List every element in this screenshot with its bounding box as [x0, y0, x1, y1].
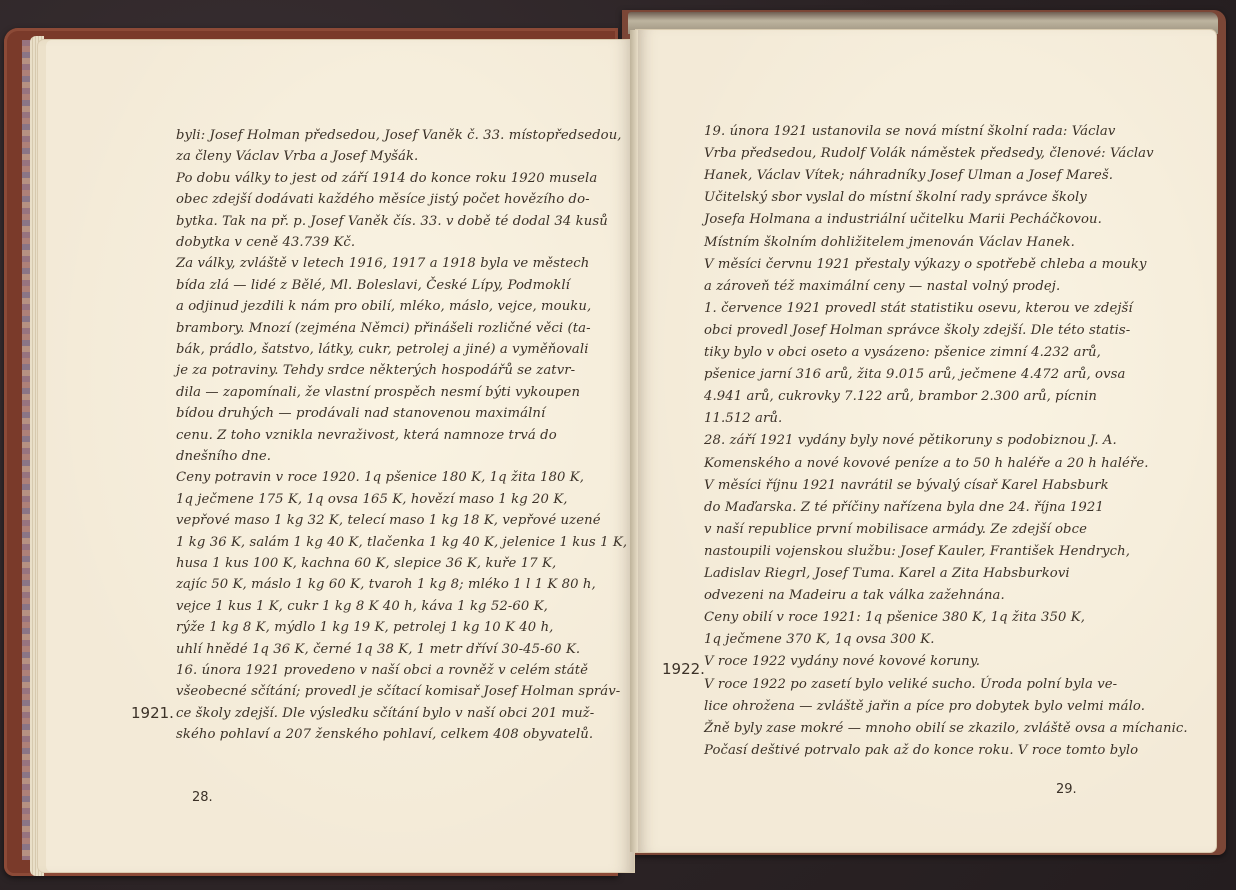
handwritten-line: ce školy zdejší. Dle výsledku sčítání by…	[176, 706, 594, 721]
left-page	[38, 40, 634, 872]
handwritten-line: je za potraviny. Tehdy srdce některých h…	[176, 363, 575, 378]
handwritten-line: odvezeni na Madeiru a tak válka zažehnán…	[704, 588, 1005, 603]
handwritten-line: do Maďarska. Z té příčiny nařízena byla …	[704, 500, 1104, 515]
handwritten-line: 1q ječmene 370 K, 1q ovsa 300 K.	[704, 632, 935, 647]
handwritten-line: 19. února 1921 ustanovila se nová místní…	[704, 124, 1115, 139]
handwritten-line: 1 kg 36 K, salám 1 kg 40 K, tlačenka 1 k…	[176, 535, 627, 550]
handwritten-line: bídou druhých — prodávali nad stanovenou…	[176, 406, 545, 421]
handwritten-line: Ceny obilí v roce 1921: 1q pšenice 380 K…	[704, 610, 1085, 625]
handwritten-line: V roce 1922 po zasetí bylo veliké sucho.…	[704, 677, 1117, 692]
handwritten-line: 11.512 arů.	[704, 411, 782, 426]
handwritten-line: Po dobu války to jest od září 1914 do ko…	[176, 171, 597, 186]
handwritten-line: pšenice jarní 316 arů, žita 9.015 arů, j…	[704, 367, 1125, 382]
handwritten-line: nastoupili vojenskou službu: Josef Kaule…	[704, 544, 1130, 559]
handwritten-line: Učitelský sbor vyslal do místní školní r…	[704, 190, 1087, 205]
handwritten-line: dobytka v ceně 43.739 Kč.	[176, 235, 355, 250]
handwritten-line: dila — zapomínali, že vlastní prospěch n…	[176, 385, 580, 400]
handwritten-line: V roce 1922 vydány nové kovové koruny.	[704, 654, 980, 669]
handwritten-line: Vrba předsedou, Rudolf Volák náměstek př…	[704, 146, 1154, 161]
handwritten-line: 1q ječmene 175 K, 1q ovsa 165 K, hovězí …	[176, 492, 568, 507]
handwritten-line: Josefa Holmana a industriální učitelku M…	[704, 212, 1102, 227]
handwritten-line: vepřové maso 1 kg 32 K, telecí maso 1 kg…	[176, 513, 601, 528]
handwritten-line: brambory. Mnozí (zejména Němci) přinášel…	[176, 321, 591, 336]
handwritten-line: cenu. Z toho vznikla nevraživost, která …	[176, 428, 557, 443]
handwritten-line: rýže 1 kg 8 K, mýdlo 1 kg 19 K, petrolej…	[176, 620, 553, 635]
handwritten-line: obci provedl Josef Holman správce školy …	[704, 323, 1130, 338]
handwritten-line: 4.941 arů, cukrovky 7.122 arů, brambor 2…	[704, 389, 1097, 404]
handwritten-line: Ladislav Riegrl, Josef Tuma. Karel a Zit…	[704, 566, 1070, 581]
handwritten-line: Hanek, Václav Vítek; náhradníky Josef Ul…	[704, 168, 1113, 183]
handwritten-line: lice ohrožena — zvláště jařin a píce pro…	[704, 699, 1145, 714]
handwritten-line: 16. února 1921 provedeno v naší obci a r…	[176, 663, 588, 678]
handwritten-line: Místním školním dohližitelem jmenován Vá…	[704, 235, 1075, 250]
page-number-right: 29.	[1056, 782, 1077, 797]
handwritten-line: Žně byly zase mokré — mnoho obilí se zka…	[704, 721, 1188, 736]
margin-year-1921: 1921.	[131, 704, 174, 722]
handwritten-line: tiky bylo v obci oseto a vysázeno: pšeni…	[704, 345, 1101, 360]
handwritten-line: bída zlá — lidé z Bělé, Ml. Boleslavi, Č…	[176, 278, 570, 293]
handwritten-line: v naší republice první mobilisace armády…	[704, 522, 1087, 537]
handwritten-line: všeobecné sčítání; provedl je sčítací ko…	[176, 684, 620, 699]
handwritten-line: 1. července 1921 provedl stát statistiku…	[704, 301, 1133, 316]
handwritten-line: ského pohlaví a 207 ženského pohlaví, ce…	[176, 727, 593, 742]
handwritten-line: a odjinud jezdili k nám pro obilí, mléko…	[176, 299, 591, 314]
handwritten-line: bytka. Tak na př. p. Josef Vaněk čís. 33…	[176, 214, 608, 229]
handwritten-line: zajíc 50 K, máslo 1 kg 60 K, tvaroh 1 kg…	[176, 577, 596, 592]
handwritten-line: Komenského a nové kovové peníze a to 50 …	[704, 456, 1149, 471]
handwritten-line: 28. září 1921 vydány byly nové pětikorun…	[704, 433, 1117, 448]
handwritten-line: V měsíci říjnu 1921 navrátil se bývalý c…	[704, 478, 1109, 493]
handwritten-line: obec zdejší dodávati každého měsíce jist…	[176, 192, 590, 207]
handwritten-line: byli: Josef Holman předsedou, Josef Vaně…	[176, 128, 622, 143]
page-number-left: 28.	[192, 790, 213, 805]
handwritten-line: uhlí hnědé 1q 36 K, černé 1q 38 K, 1 met…	[176, 642, 580, 657]
handwritten-line: a zároveň též maximální ceny — nastal vo…	[704, 279, 1060, 294]
handwritten-line: vejce 1 kus 1 K, cukr 1 kg 8 K 40 h, káv…	[176, 599, 548, 614]
handwritten-line: Počasí deštivé potrvalo pak až do konce …	[704, 743, 1138, 758]
handwritten-line: V měsíci červnu 1921 přestaly výkazy o s…	[704, 257, 1147, 272]
handwritten-line: Za války, zvláště v letech 1916, 1917 a …	[176, 256, 589, 271]
handwritten-line: husa 1 kus 100 K, kachna 60 K, slepice 3…	[176, 556, 556, 571]
margin-year-1922: 1922.	[662, 660, 705, 678]
handwritten-line: dnešního dne.	[176, 449, 271, 464]
handwritten-line: za členy Václav Vrba a Josef Myšák.	[176, 149, 418, 164]
handwritten-line: bák, prádlo, šatstvo, látky, cukr, petro…	[176, 342, 589, 357]
book-gutter	[630, 30, 638, 852]
handwritten-line: Ceny potravin v roce 1920. 1q pšenice 18…	[176, 470, 584, 485]
